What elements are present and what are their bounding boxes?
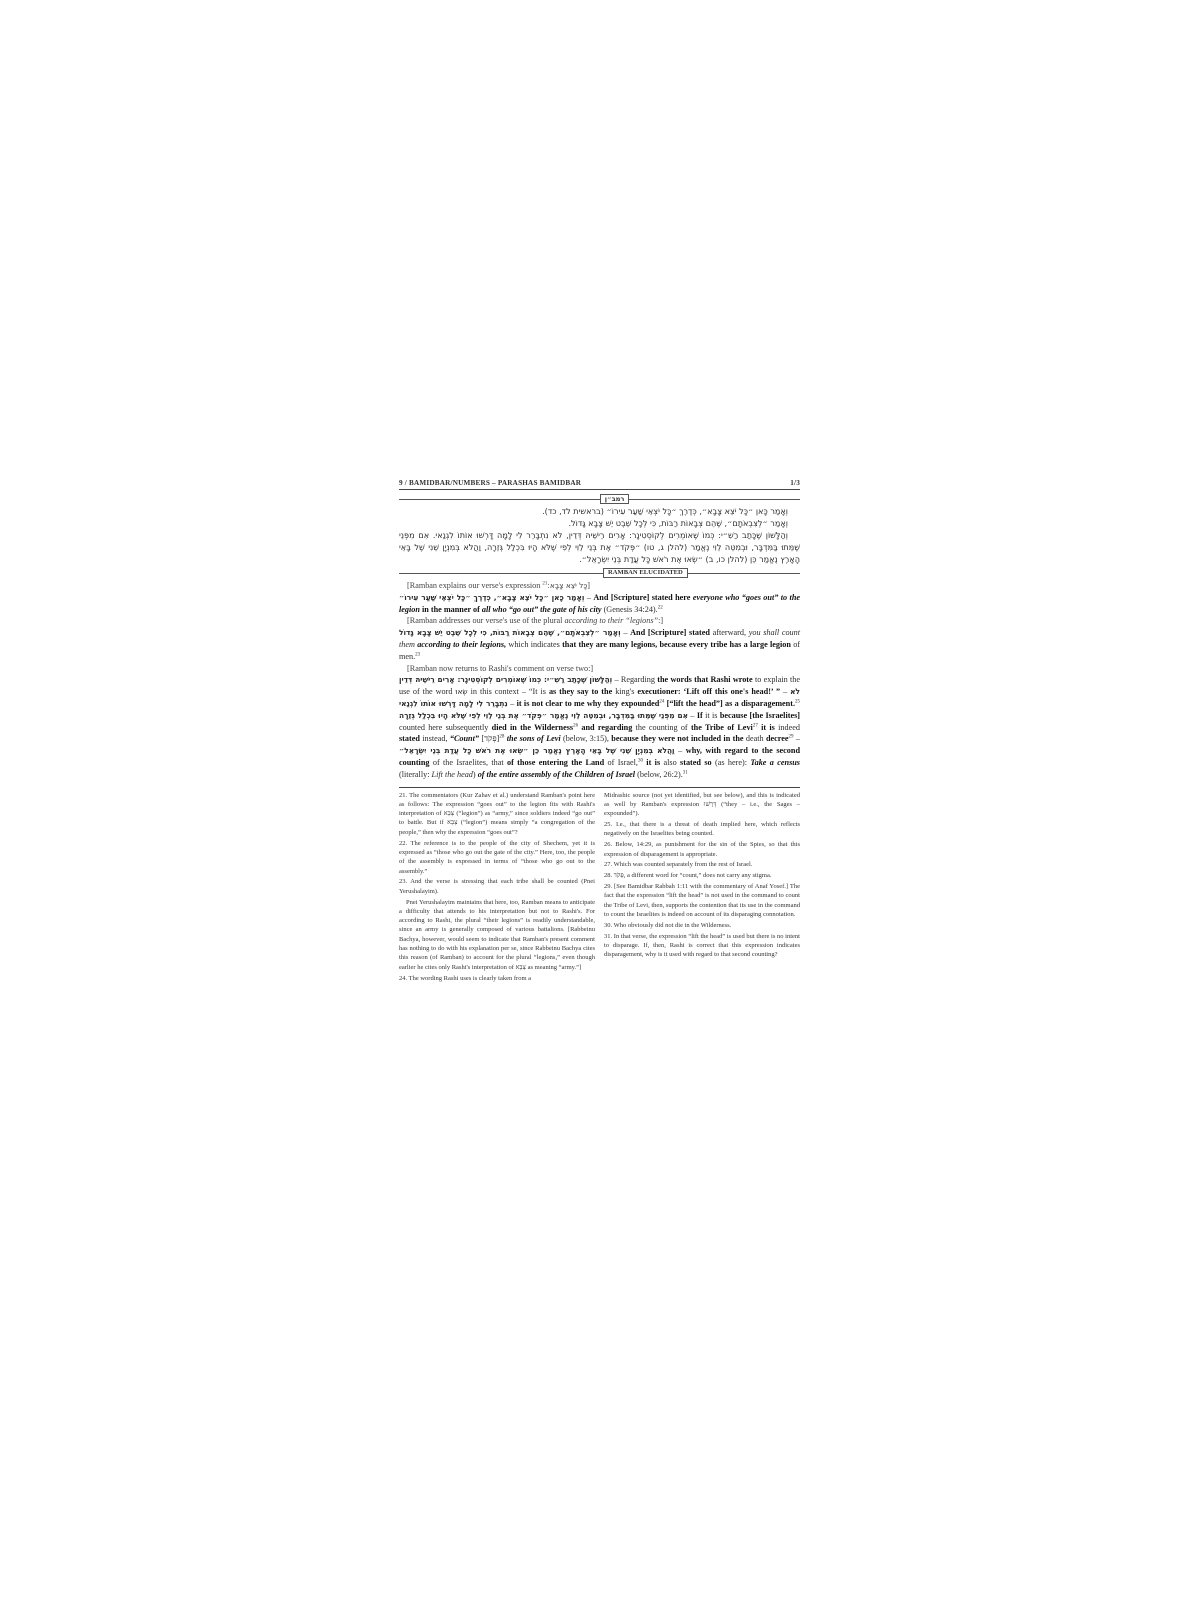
book-page: 9 / BAMIDBAR/NUMBERS – PARASHAS BAMIDBAR… <box>399 479 800 984</box>
footnote-23: 23. And the verse is stressing that each… <box>399 877 595 896</box>
footnote-22: 22. The reference is to the people of th… <box>399 839 595 876</box>
ramban-line-3: וְהַלָּשׁוֹן שֶׁכָּתַב רַשִׁ״י: כְּמוֹ ש… <box>399 529 800 565</box>
bracket-note-2: [Ramban addresses our verse's use of the… <box>399 615 800 627</box>
elucidated-section-divider: RAMBAN ELUCIDATED <box>399 568 800 578</box>
footnote-26: 26. Below, 14:29, as punishment for the … <box>604 840 800 859</box>
elucidation-paragraph-2: וְאָמַר ״לְצִבְאֹתָם״, שֶׁהֵם צְבָאוֹת ר… <box>399 627 800 662</box>
footnotes: 21. The commentators (Kur Zahav et al.) … <box>399 791 800 985</box>
page-reference: 1/3 <box>790 479 800 487</box>
ramban-label: רמב״ן <box>600 494 630 504</box>
footnote-21: 21. The commentators (Kur Zahav et al.) … <box>399 791 595 837</box>
footnotes-right-column: Midrashic source (not yet identified, bu… <box>604 791 800 985</box>
running-head: 9 / BAMIDBAR/NUMBERS – PARASHAS BAMIDBAR… <box>399 479 800 490</box>
footnote-27: 27. Which was counted separately from th… <box>604 860 800 869</box>
footnote-24: 24. The wording Rashi uses is clearly ta… <box>399 974 595 983</box>
elucidated-label: RAMBAN ELUCIDATED <box>603 568 688 578</box>
bracket-note-1: [Ramban explains our verse's expression … <box>399 580 800 592</box>
footnote-24-continued: Midrashic source (not yet identified, bu… <box>604 791 800 819</box>
footnote-25: 25. I.e., that there is a threat of deat… <box>604 820 800 839</box>
ramban-line-1: וְאָמַר כָּאן ״כָּל יֹצֵא צָבָא״, כְּדֶר… <box>399 505 800 517</box>
bracket-note-3: [Ramban now returns to Rashi's comment o… <box>399 663 800 675</box>
footnote-30: 30. Who obviously did not die in the Wil… <box>604 921 800 930</box>
footnote-23-continued: Pnei Yerushalayim maintains that here, t… <box>399 898 595 972</box>
footnote-31: 31. In that verse, the expression “lift … <box>604 932 800 960</box>
ramban-hebrew-text: וְאָמַר כָּאן ״כָּל יֹצֵא צָבָא״, כְּדֶר… <box>399 505 800 565</box>
ramban-elucidated-text: [Ramban explains our verse's expression … <box>399 580 800 781</box>
footnote-28: 28. פְּקֹד, a different word for “count,… <box>604 871 800 880</box>
footnote-divider <box>399 787 800 788</box>
elucidation-paragraph-1: וְאָמַר כָּאן ״כָּל יֹצֵא צָבָא״, כְּדֶר… <box>399 592 800 616</box>
footnote-29: 29. [See Bamidbar Rabbah 1:11 with the c… <box>604 882 800 919</box>
ramban-section-divider: רמב״ן <box>399 494 800 504</box>
elucidation-paragraph-3: וְהַלָּשׁוֹן שֶׁכָּתַב רַשִׁ״י: כְּמוֹ ש… <box>399 674 800 780</box>
running-head-title: 9 / BAMIDBAR/NUMBERS – PARASHAS BAMIDBAR <box>399 479 581 487</box>
footnotes-left-column: 21. The commentators (Kur Zahav et al.) … <box>399 791 595 985</box>
ramban-line-2: וְאָמַר ״לְצִבְאֹתָם״, שֶׁהֵם צְבָאוֹת ר… <box>399 517 800 529</box>
